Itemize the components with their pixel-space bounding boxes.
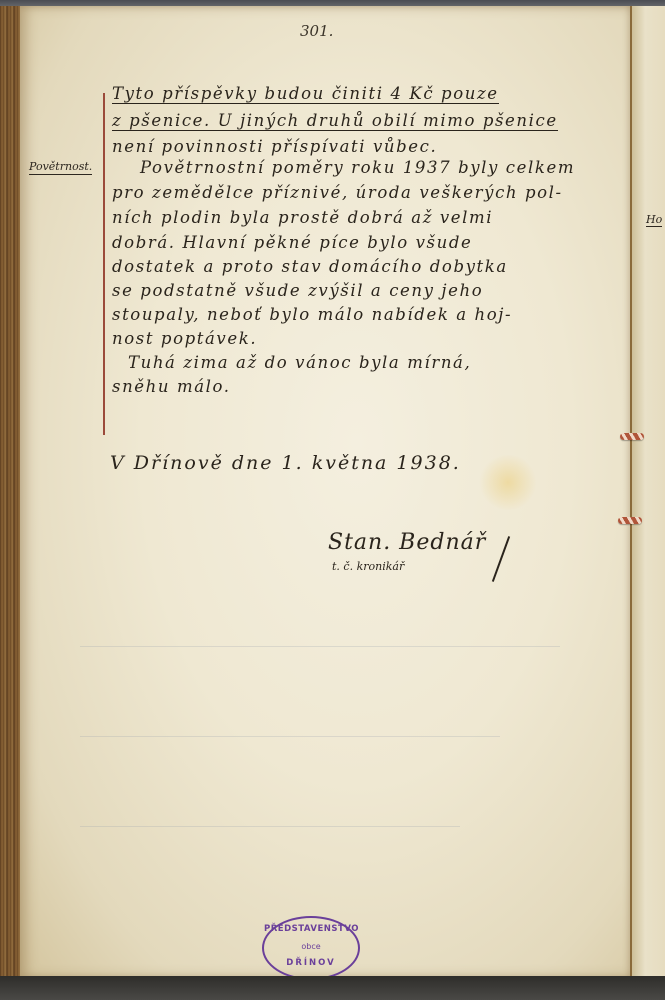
text-line: Povětrnostní poměry roku 1937 byly celke…	[140, 158, 575, 177]
signature-title: t. č. kronikář	[332, 560, 404, 573]
bleed-through-line	[80, 826, 460, 827]
text-line: ních plodin byla prostě dobrá až velmi	[112, 208, 493, 227]
text-line: není povinnosti příspívati vůbec.	[112, 137, 437, 156]
bleed-through-line	[80, 646, 560, 647]
facing-page-edge	[632, 6, 665, 978]
text-line: z pšenice. U jiných druhů obilí mimo pše…	[112, 111, 558, 130]
text-line: stoupaly, neboť bylo málo nabídek a hoj-	[112, 305, 512, 324]
margin-rule	[103, 93, 105, 435]
text-line: sněhu málo.	[112, 377, 231, 396]
paper-stain	[478, 455, 538, 510]
official-stamp: PŘEDSTAVENSTVO obce DŘÍNOV	[262, 916, 360, 980]
bleed-through-line	[80, 736, 500, 737]
stamp-middle-text: obce	[264, 942, 358, 951]
text-line: Tuhá zima až do vánoc byla mírná,	[128, 353, 471, 372]
underlined-word: z pšenice. U jiných druhů obilí mimo pše…	[112, 111, 558, 131]
date-line: V Dřínově dne 1. května 1938.	[110, 452, 461, 474]
text-line: pro zemědělce příznivé, úroda veškerých …	[112, 183, 563, 202]
margin-heading: Povětrnost.	[29, 160, 92, 175]
stamp-bottom-text: DŘÍNOV	[264, 958, 358, 968]
signature: Stan. Bednář	[328, 530, 486, 555]
binding-thread	[618, 517, 642, 524]
book-spine-edges	[0, 6, 22, 986]
stamp-top-text: PŘEDSTAVENSTVO	[264, 924, 358, 934]
facing-page-fragment: Ho	[646, 213, 662, 227]
text-line: Tyto příspěvky budou činiti 4 Kč pouze	[112, 84, 499, 104]
text-line: dobrá. Hlavní pěkné píce bylo všude	[112, 233, 472, 252]
text-line: nost poptávek.	[112, 329, 257, 348]
text-line: se podstatně všude zvýšil a ceny jeho	[112, 281, 483, 300]
book-bottom-edge	[0, 976, 665, 1000]
binding-thread	[620, 433, 644, 440]
text-line: dostatek a proto stav domácího dobytka	[112, 257, 508, 276]
page-number: 301.	[300, 22, 333, 40]
